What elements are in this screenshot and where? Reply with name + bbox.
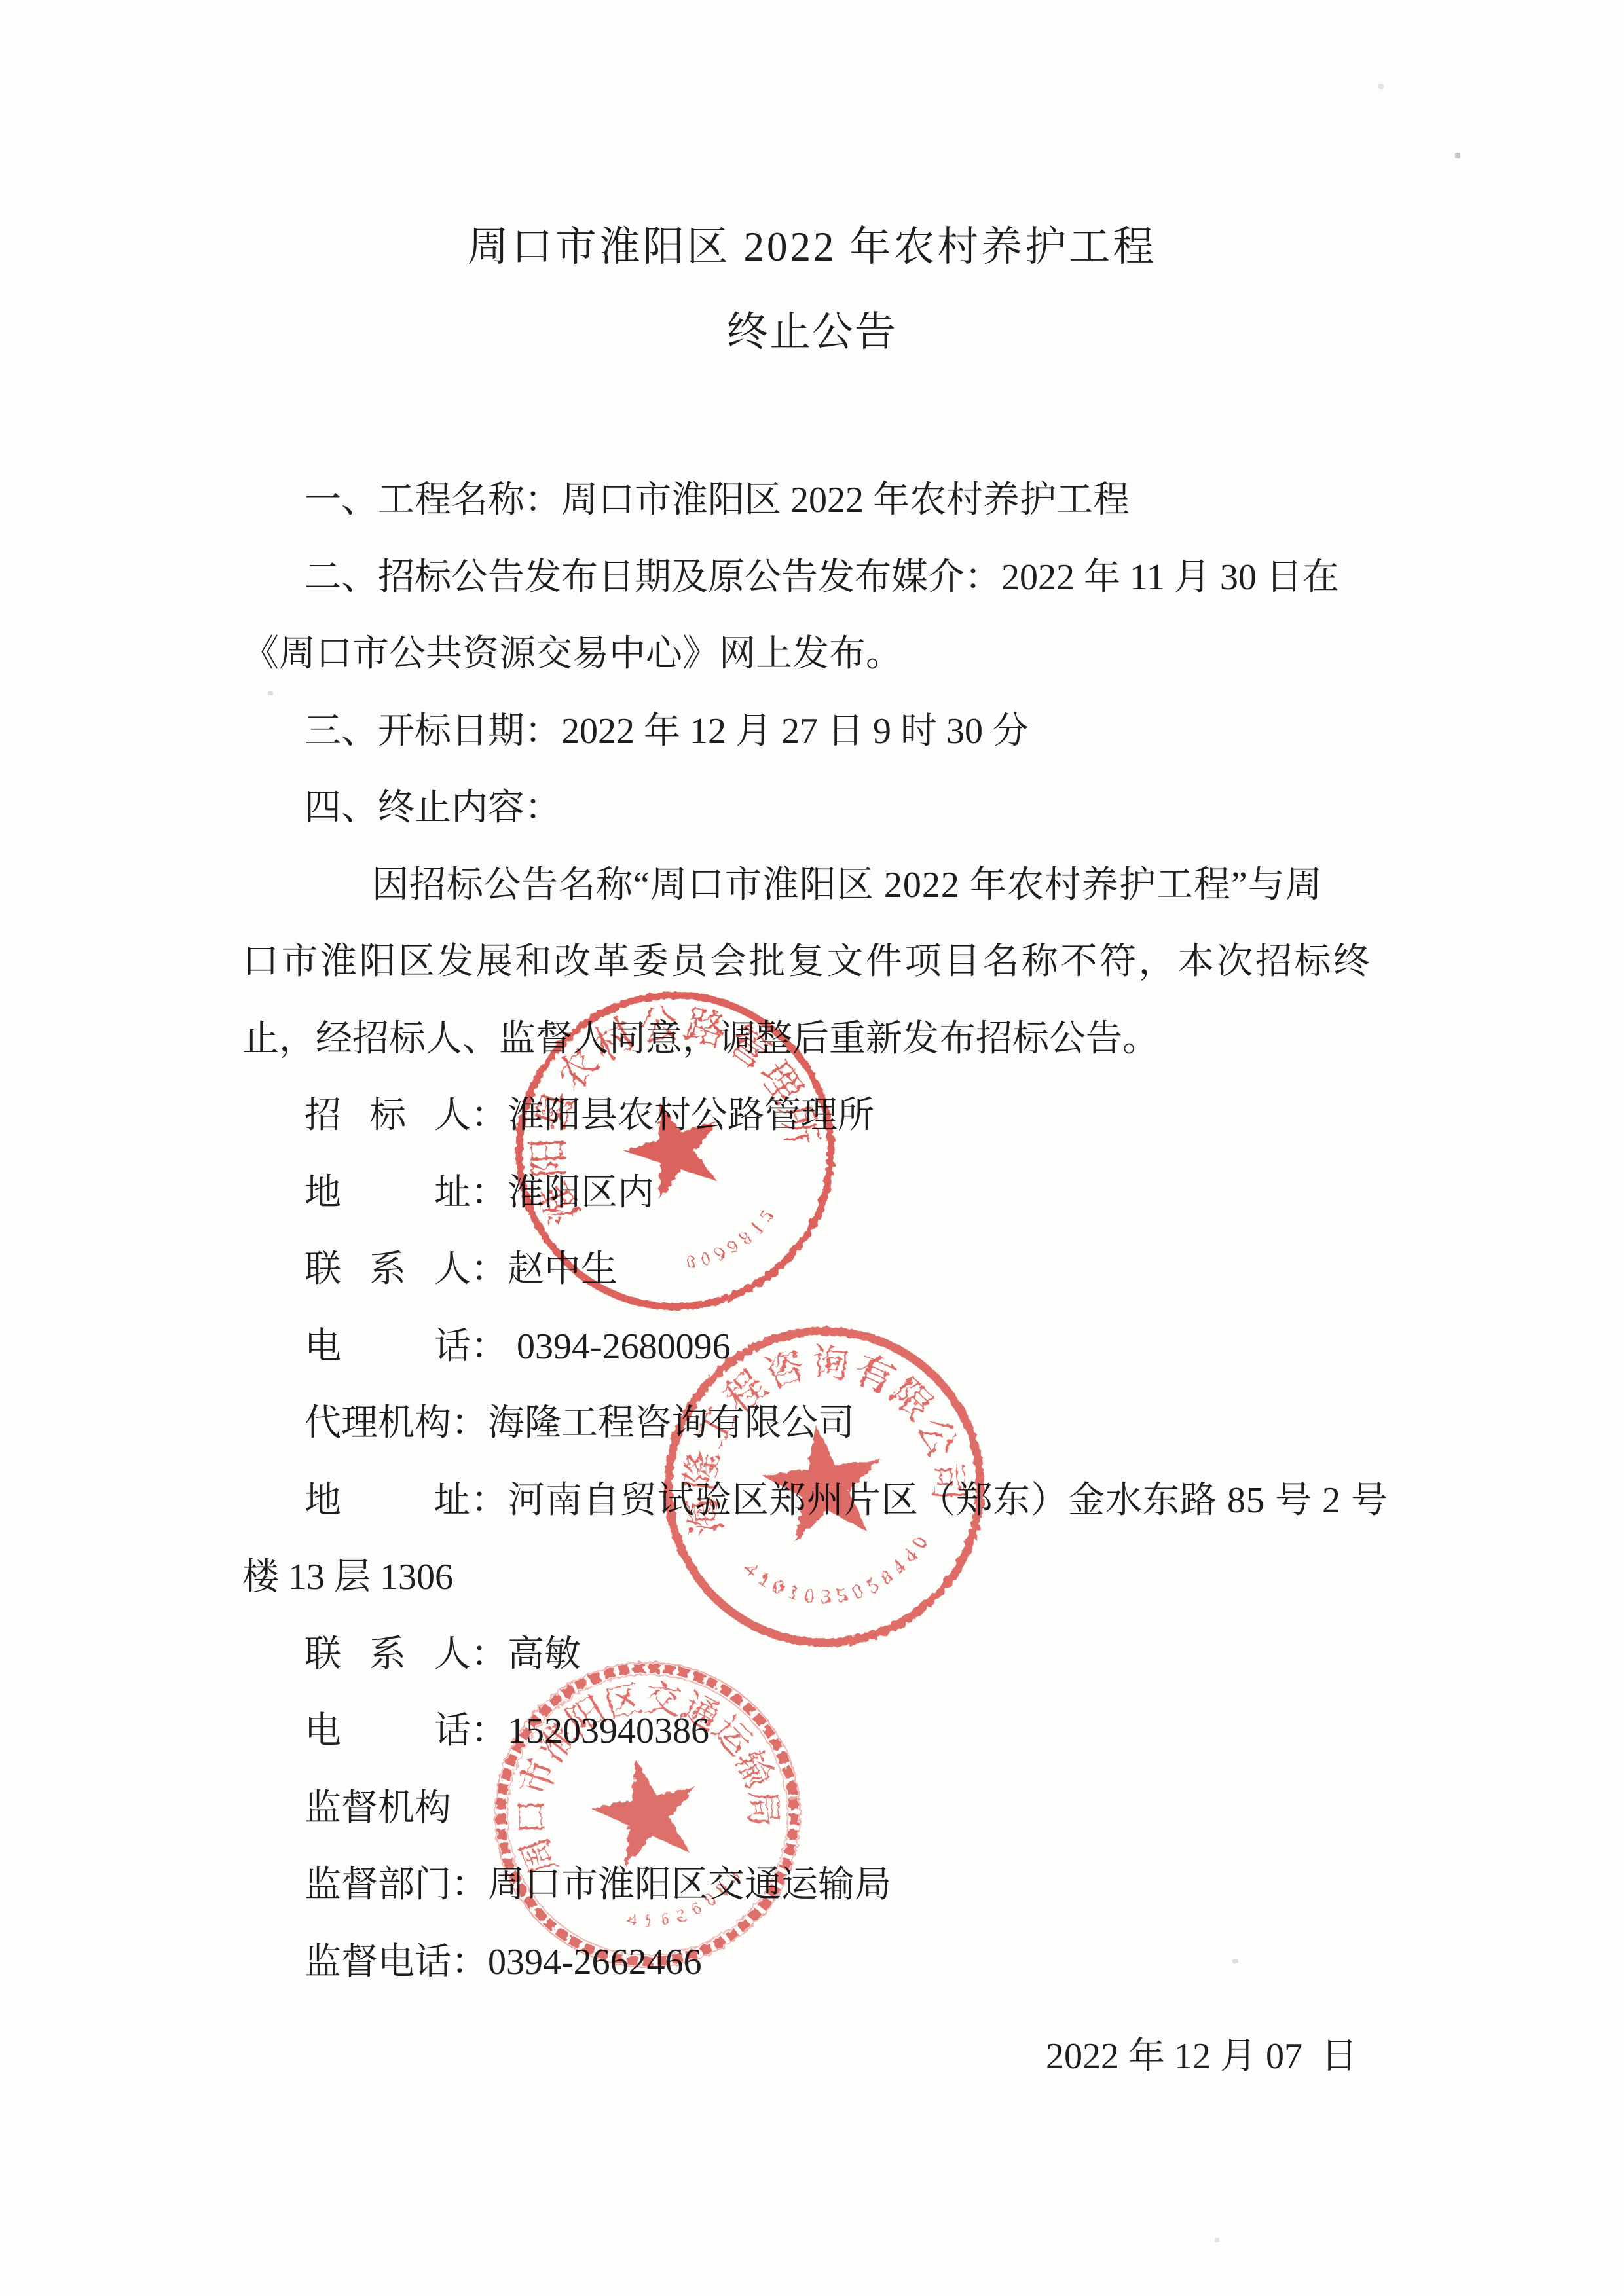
doc-line: 一、工程名称：周口市淮阳区 2022 年农村养护工程 [242, 462, 1395, 539]
doc-line: 三、开标日期：2022 年 12 月 27 日 9 时 30 分 [242, 693, 1395, 771]
field-value: 海隆工程咨询有限公司 [488, 1403, 855, 1444]
doc-line-address: 地址：河南自贸试验区郑州片区（郑东）金水东路 85 号 2 号 [242, 1463, 1395, 1540]
doc-body: 一、工程名称：周口市淮阳区 2022 年农村养护工程 二、招标公告发布日期及原公… [242, 462, 1395, 2001]
document-page: 周口市淮阳区 2022 年农村养护工程 终止公告 一、工程名称：周口市淮阳区 2… [0, 0, 1624, 2296]
field-label: 电话 [304, 1309, 471, 1386]
field-label: 电话 [304, 1693, 471, 1770]
scan-speck [1377, 83, 1384, 90]
label-colon: ： [471, 1711, 507, 1751]
doc-line-contact: 联系人：赵中生 [242, 1231, 1395, 1309]
field-label: 联系人 [304, 1616, 471, 1694]
field-label: 监督电话 [304, 1942, 451, 1982]
label-colon: ： [471, 1249, 507, 1290]
doc-date: 2022 年 12 月 07 日 [1046, 2018, 1357, 2096]
doc-line-bidder: 招标人：淮阳县农村公路管理所 [242, 1078, 1395, 1155]
doc-line-supervisor-phone: 监督电话：0394-2662466 [242, 1924, 1395, 2001]
field-value: 15203940386 [507, 1711, 709, 1751]
field-value: 河南自贸试验区郑州片区（郑东）金水东路 85 号 2 号 [508, 1480, 1388, 1521]
field-value: 周口市淮阳区交通运输局 [488, 1865, 891, 1905]
field-value: 赵中生 [507, 1249, 618, 1290]
field-label: 监督部门 [304, 1865, 451, 1905]
doc-title-line1: 周口市淮阳区 2022 年农村养护工程 [0, 217, 1624, 276]
field-value: 0394-2662466 [488, 1942, 702, 1982]
scan-speck [268, 691, 273, 695]
doc-line: 口市淮阳区发展和改革委员会批复文件项目名称不符，本次招标终 [242, 924, 1395, 1001]
doc-line: 监督机构 [242, 1770, 1395, 1848]
label-colon: ： [471, 1480, 508, 1521]
field-value: 淮阳县农村公路管理所 [507, 1095, 874, 1136]
doc-title-line2: 终止公告 [0, 302, 1624, 361]
doc-line: 因招标公告名称“周口市淮阳区 2022 年农村养护工程”与周 [242, 847, 1395, 924]
field-label: 代理机构 [304, 1403, 451, 1444]
label-colon: ： [471, 1173, 507, 1213]
label-colon: ： [471, 1326, 507, 1367]
field-value: 0394-2680096 [507, 1326, 731, 1367]
doc-line-phone: 电话：15203940386 [242, 1693, 1395, 1770]
doc-line: 四、终止内容： [242, 770, 1395, 847]
doc-line-address: 地址：淮阳区内 [242, 1155, 1395, 1232]
field-value: 淮阳区内 [507, 1173, 654, 1213]
doc-line: 《周口市公共资源交易中心》网上发布。 [242, 616, 1395, 693]
doc-line: 楼 13 层 1306 [242, 1539, 1395, 1616]
scan-speck [1455, 153, 1460, 158]
scan-speck [1215, 2238, 1219, 2242]
label-colon: ： [471, 1095, 507, 1136]
label-colon: ： [451, 1865, 488, 1905]
doc-line-agency: 代理机构：海隆工程咨询有限公司 [242, 1385, 1395, 1463]
field-value: 高敏 [507, 1634, 581, 1675]
doc-line-supervisor: 监督部门：周口市淮阳区交通运输局 [242, 1847, 1395, 1924]
field-label: 地址 [304, 1155, 471, 1232]
doc-line-phone: 电话： 0394-2680096 [242, 1309, 1395, 1386]
label-colon: ： [451, 1403, 488, 1444]
field-label: 联系人 [304, 1231, 471, 1309]
label-colon: ： [471, 1634, 507, 1675]
doc-line-contact: 联系人：高敏 [242, 1616, 1395, 1694]
doc-line: 止，经招标人、监督人同意，调整后重新发布招标公告。 [242, 1001, 1395, 1078]
label-colon: ： [451, 1942, 488, 1982]
field-label: 地址 [304, 1463, 471, 1540]
doc-line: 二、招标公告发布日期及原公告发布媒介：2022 年 11 月 30 日在 [242, 539, 1395, 617]
field-label: 招标人 [304, 1078, 471, 1155]
